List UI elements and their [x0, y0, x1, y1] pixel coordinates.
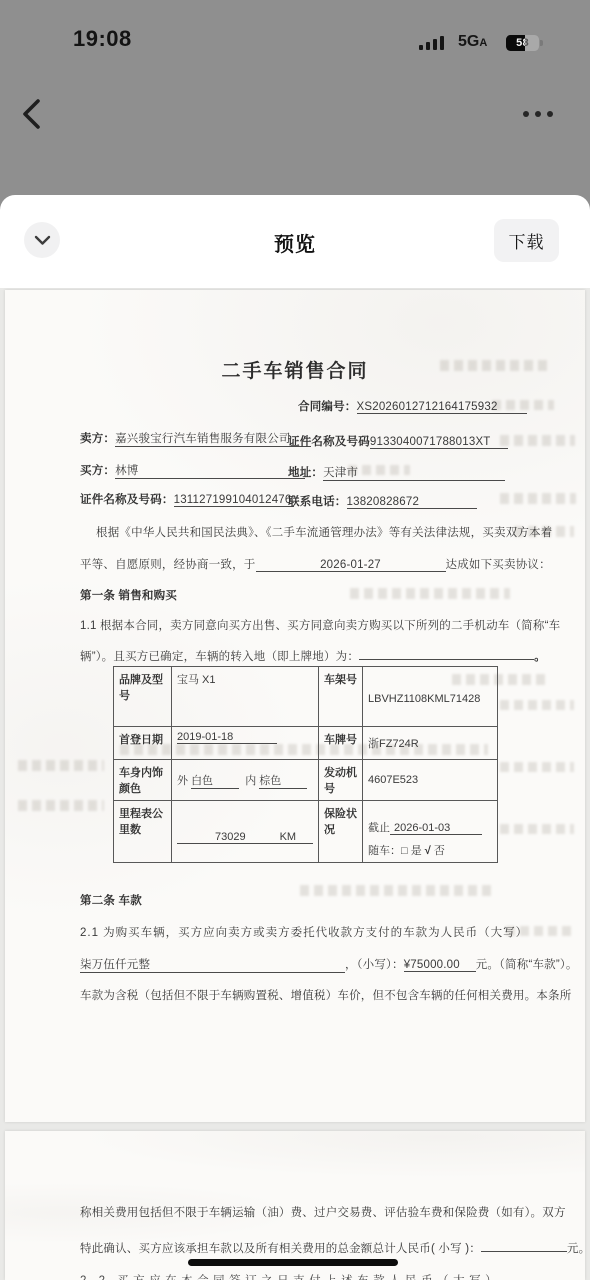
total-amount-blank [481, 1251, 567, 1252]
seller-id-label: 证件名称及号码 [288, 436, 370, 448]
more-options-icon[interactable] [523, 102, 567, 126]
amount-words-value: 柒万伍仟元整 [80, 956, 345, 973]
page2-line-2: 特此确认、买方应该承担车款以及所有相关费用的总金额总计人民币( 小写 )：元。 [80, 1240, 590, 1256]
brand-label: 品牌及型号 [114, 667, 172, 727]
status-time: 19:08 [73, 26, 132, 52]
first-reg-cell: 2019-01-18 [172, 727, 319, 760]
insurance-cell: 截止2026-01-03 随车：□ 是 √ 否 [363, 801, 498, 863]
seller-id-row: 证件名称及号码9133040071788013XT [288, 433, 508, 449]
buyer-id-label: 证件名称及号码： [80, 494, 174, 506]
color-cell: 外 白色 内 棕色 [172, 760, 319, 801]
odometer-unit: KM [280, 831, 297, 843]
back-icon[interactable] [18, 96, 48, 132]
buyer-value: 林博 [115, 462, 305, 479]
contract-number-label: 合同编号： [298, 401, 357, 413]
amount-figures-value: ¥75000.00 [404, 959, 476, 972]
intro-line-2: 平等、自愿原则，经协商一致，于2026-01-27达成如下买卖协议： [80, 556, 551, 572]
amount-tail: 元。（简称“车款”）。 [476, 959, 578, 971]
amount-mid: ，（小写）： [345, 959, 404, 971]
color-int-value: 棕色 [259, 772, 307, 789]
seller-row: 卖方：嘉兴骏宝行汽车销售服务有限公司 [80, 430, 311, 447]
plate-value: 浙FZ724R [363, 727, 498, 760]
sign-date-value: 2026-01-27 [256, 559, 446, 572]
page2-line-2-pre: 特此确认、买方应该承担车款以及所有相关费用的总金额总计人民币( 小写 )： [80, 1243, 481, 1255]
color-ext-label: 外 [177, 775, 188, 787]
with-car-label: 随车： [368, 845, 401, 857]
phone-label: 联系电话： [288, 496, 347, 508]
contract-number-row: 合同编号：XS2026012712164175932 [298, 398, 527, 414]
contract-title: 二手车销售合同 [0, 356, 590, 383]
vin-label: 车架号 [319, 667, 363, 727]
vehicle-info-table: 品牌及型号 宝马 X1 车架号 LBVHZ1108KML71428 首登日期 2… [113, 666, 498, 863]
vin-cell: LBVHZ1108KML71428 [363, 667, 498, 727]
checkmark-icon: √ [425, 845, 431, 857]
buyer-label: 买方： [80, 465, 115, 477]
clause-2-1-amount-line: 柒万伍仟元整，（小写）：¥75000.00元。（简称“车款”）。 [80, 956, 578, 973]
phone-value: 13820828672 [347, 496, 477, 509]
clause-1-1-line-2-post: 。 [534, 651, 546, 663]
engine-value: 4607E523 [363, 760, 498, 801]
seller-label: 卖方： [80, 433, 115, 445]
clause-1-1-line-1: 1.1 根据本合同，卖方同意向买方出售、买方同意向卖方购买以下所列的二手机动车（… [80, 617, 560, 633]
page2-line-2-post: 元。 [567, 1243, 590, 1255]
battery-nub [540, 40, 543, 46]
buyer-id-row: 证件名称及号码：131127199104012476 [80, 491, 294, 507]
phone-screen: 19:08 5GA 58 预览 下载 二手车销售合同 [0, 0, 590, 1280]
plate-label: 车牌号 [319, 727, 363, 760]
seller-id-value: 9133040071788013XT [370, 436, 508, 449]
color-int-label: 内 [245, 775, 256, 787]
address-label: 地址： [288, 467, 323, 479]
buyer-row: 买方：林博 [80, 462, 305, 479]
signal-strength-icon [419, 35, 449, 50]
with-car-option-yes: □ 是 [401, 845, 422, 857]
article-2-heading: 第二条 车款 [80, 892, 142, 908]
color-label: 车身内饰颜色 [114, 760, 172, 801]
page2-line-3-clipped: 2.2 买方应在本合同签订之日支付上述车款人民币（大写） [80, 1272, 501, 1280]
insurance-until-value: 2026-01-03 [390, 822, 482, 835]
clause-2-1-line-1: 2.1 为购买车辆，买方应向卖方或卖方委托代收款方支付的车款为人民币（大写） [80, 924, 528, 940]
document-preview-area[interactable]: 二手车销售合同 合同编号：XS2026012712164175932 卖方：嘉兴… [0, 288, 590, 1280]
with-car-line: 随车：□ 是 √ 否 [368, 842, 492, 858]
page2-line-1: 称相关费用包括但不限于车辆运输（油）费、过户交易费、评估验车费和保险费（如有）。… [80, 1204, 566, 1220]
download-button[interactable]: 下载 [494, 219, 559, 262]
intro-line-2-pre: 平等、自愿原则，经协商一致，于 [80, 559, 256, 571]
intro-line-2-post: 达成如下买卖协议： [446, 559, 551, 571]
transfer-place-blank [359, 659, 534, 660]
address-row: 地址：天津市 [288, 464, 505, 481]
clause-2-1-line-3: 车款为含税（包括但不限于车辆购置税、增值税）车价，但不包含车辆的任何相关费用。本… [80, 987, 571, 1003]
brand-value: 宝马 X1 [172, 667, 319, 727]
contract-number-value: XS2026012712164175932 [357, 401, 527, 414]
odometer-value: 73029 [215, 831, 246, 843]
article-1-heading: 第一条 销售和购买 [80, 587, 177, 603]
insurance-until-label: 截止 [368, 822, 390, 834]
battery-icon: 58 [506, 35, 539, 51]
home-indicator[interactable] [188, 1259, 398, 1266]
odometer-label: 里程表公里数 [114, 801, 172, 863]
color-ext-value: 白色 [191, 772, 239, 789]
insurance-label: 保险状况 [319, 801, 363, 863]
clause-1-1-line-2-pre: 辆”）。且买方已确定，车辆的转入地（即上牌地）为： [80, 651, 359, 663]
phone-row: 联系电话：13820828672 [288, 493, 477, 509]
with-car-option-no: 否 [434, 845, 445, 857]
vin-value: LBVHZ1108KML71428 [368, 693, 492, 705]
clause-1-1-line-2: 辆”）。且买方已确定，车辆的转入地（即上牌地）为：。 [80, 648, 546, 664]
buyer-id-value: 131127199104012476 [174, 494, 294, 507]
first-reg-label: 首登日期 [114, 727, 172, 760]
odometer-cell: 73029KM [172, 801, 319, 863]
first-reg-value: 2019-01-18 [177, 731, 277, 744]
intro-line-1: 根据《中华人民共和国民法典》、《二手车流通管理办法》等有关法律法规，买卖双方本着 [96, 524, 553, 540]
address-value: 天津市 [323, 464, 505, 481]
network-type-label: 5GA [458, 33, 487, 51]
engine-label: 发动机号 [319, 760, 363, 801]
seller-value: 嘉兴骏宝行汽车销售服务有限公司 [115, 430, 311, 447]
